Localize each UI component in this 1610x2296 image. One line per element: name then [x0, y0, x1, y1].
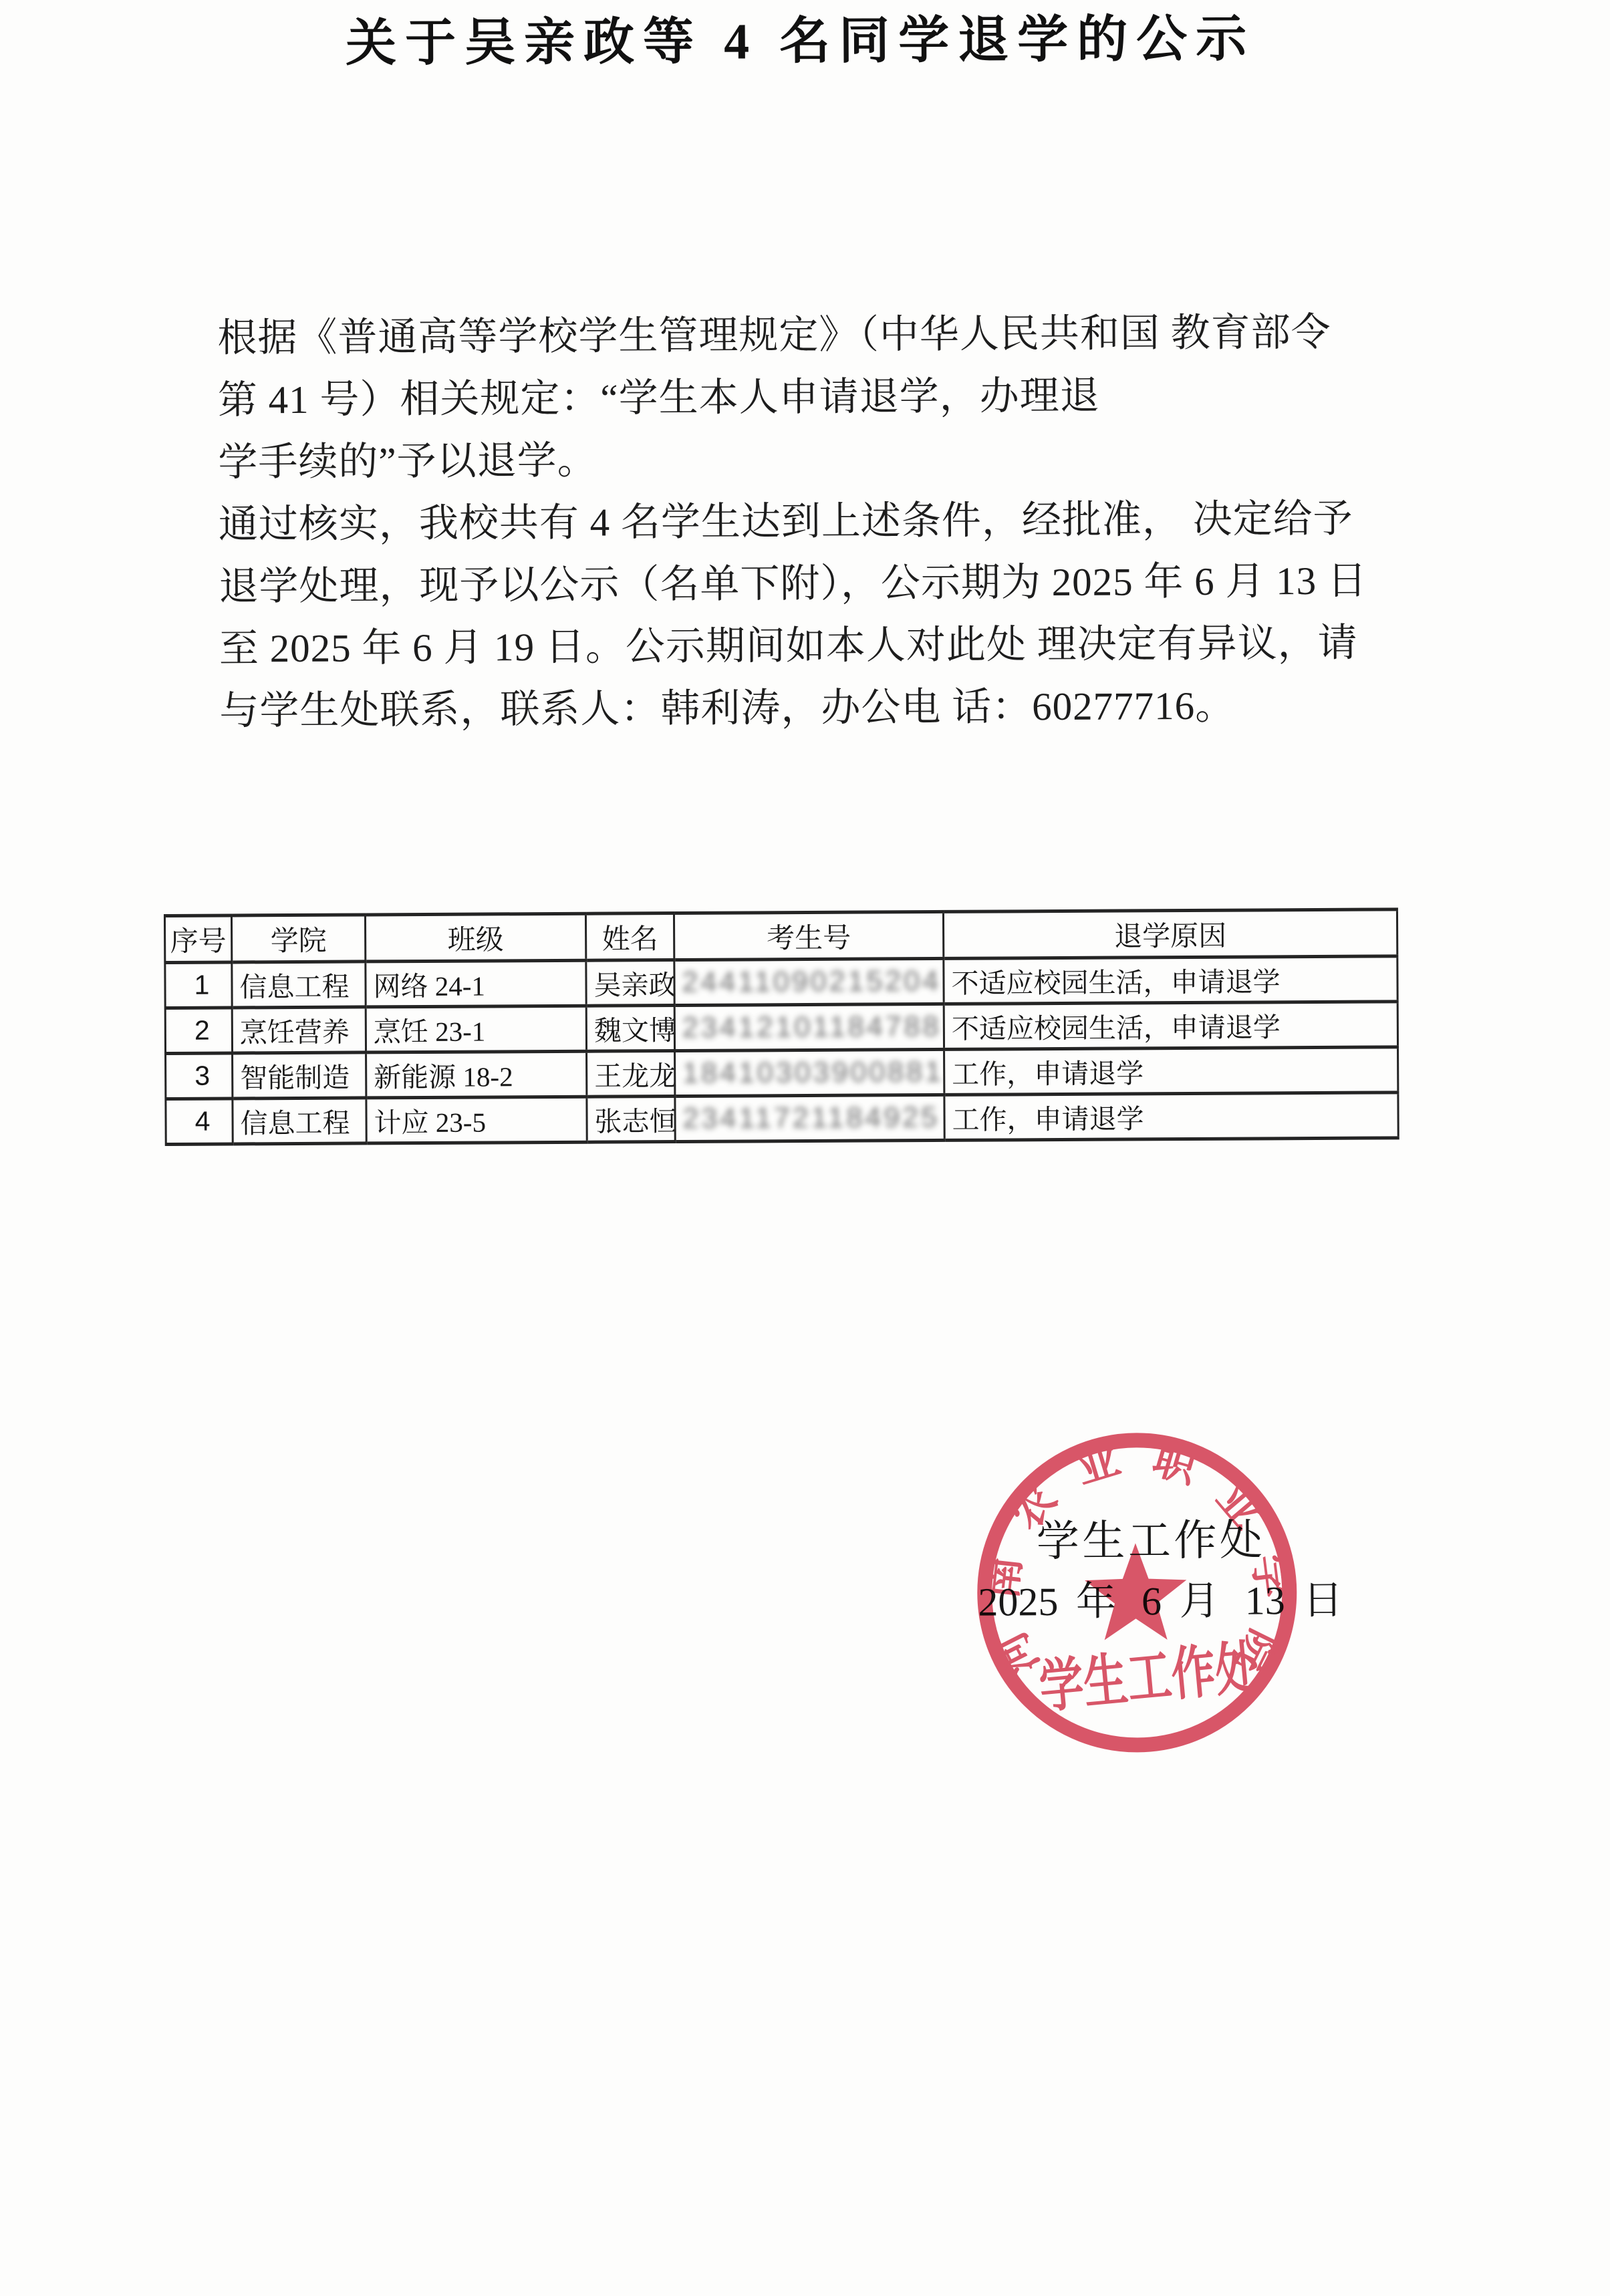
- cell-exam-number: 18410303900881: [675, 1049, 944, 1096]
- paragraph-line: 根据《普通高等学校学生管理规定》（中华人民共和国: [217, 311, 1160, 360]
- official-stamp: 河南农业职业学院 学生工作处: [936, 1391, 1352, 1808]
- withdrawal-table: 序号 学院 班级 姓名 考生号 退学原因 1 信息工程 网络 24-1 吴亲政 …: [164, 907, 1399, 1146]
- table-row: 1 信息工程 网络 24-1 吴亲政 24411090215204 不适应校园生…: [165, 956, 1397, 1008]
- cell-reason: 工作，申请退学: [944, 1047, 1398, 1095]
- paragraph-line: 话：60277716。: [952, 684, 1235, 729]
- notice-body: 根据《普通高等学校学生管理规定》（中华人民共和国 教育部令第 41 号）相关规定…: [217, 301, 1372, 742]
- redacted-exam-number: 23411721184925: [682, 1101, 940, 1135]
- cell-reason: 不适应校园生活，申请退学: [944, 956, 1397, 1004]
- cell-index: 3: [166, 1053, 233, 1099]
- cell-index: 4: [166, 1099, 233, 1145]
- header-cell-examno: 考生号: [674, 911, 943, 960]
- cell-exam-number: 23412101184788: [674, 1004, 944, 1050]
- cell-index: 1: [165, 962, 232, 1008]
- cell-reason: 工作，申请退学: [944, 1093, 1398, 1141]
- paragraph-line: 学手续的”予以退学。: [218, 438, 597, 484]
- page-title: 关于吴亲政等 4 名同学退学的公示: [0, 0, 1605, 77]
- cell-name: 吴亲政: [586, 960, 674, 1006]
- cell-college: 信息工程: [232, 962, 366, 1008]
- cell-class: 计应 23-5: [366, 1097, 587, 1143]
- paragraph-line: 通过核实，我校共有 4 名学生达到上述条件，经批准，: [219, 497, 1182, 547]
- header-cell-class: 班级: [365, 913, 585, 962]
- cell-class: 新能源 18-2: [366, 1051, 587, 1098]
- table-header-row: 序号 学院 班级 姓名 考生号 退学原因: [164, 909, 1397, 963]
- header-cell-name: 姓名: [585, 913, 674, 961]
- cell-name: 张志恒: [587, 1097, 675, 1143]
- header-cell-college: 学院: [231, 915, 365, 962]
- stamp-star-icon: [1085, 1543, 1187, 1640]
- header-cell-reason: 退学原因: [943, 909, 1397, 959]
- cell-name: 王龙龙: [587, 1051, 675, 1097]
- cell-name: 魏文博: [586, 1006, 674, 1052]
- table-row: 3 智能制造 新能源 18-2 王龙龙 18410303900881 工作，申请…: [166, 1047, 1398, 1099]
- scanned-notice-page: 关于吴亲政等 4 名同学退学的公示 根据《普通高等学校学生管理规定》（中华人民共…: [0, 0, 1610, 2296]
- redacted-exam-number: 23412101184788: [682, 1010, 942, 1044]
- cell-reason: 不适应校园生活，申请退学: [944, 1002, 1397, 1050]
- cell-class: 网络 24-1: [366, 960, 586, 1007]
- cell-college: 烹饪营养: [232, 1007, 366, 1053]
- header-cell-no: 序号: [164, 915, 231, 963]
- table-row: 2 烹饪营养 烹饪 23-1 魏文博 23412101184788 不适应校园生…: [165, 1002, 1397, 1054]
- table-row: 4 信息工程 计应 23-5 张志恒 23411721184925 工作，申请退…: [166, 1093, 1398, 1145]
- cell-exam-number: 23411721184925: [675, 1095, 944, 1141]
- redacted-exam-number: 18410303900881: [682, 1056, 944, 1090]
- cell-index: 2: [165, 1008, 232, 1054]
- redacted-exam-number: 24411090215204: [682, 965, 941, 999]
- cell-college: 智能制造: [233, 1052, 366, 1099]
- cell-class: 烹饪 23-1: [366, 1006, 586, 1052]
- paragraph-2: 通过核实，我校共有 4 名学生达到上述条件，经批准， 决定给予退学处理，现予以公…: [219, 488, 1373, 742]
- cell-exam-number: 24411090215204: [674, 958, 944, 1005]
- cell-college: 信息工程: [233, 1098, 366, 1144]
- paragraph-1: 根据《普通高等学校学生管理规定》（中华人民共和国 教育部令第 41 号）相关规定…: [217, 301, 1371, 494]
- scan-content: 关于吴亲政等 4 名同学退学的公示 根据《普通高等学校学生管理规定》（中华人民共…: [0, 0, 1610, 2296]
